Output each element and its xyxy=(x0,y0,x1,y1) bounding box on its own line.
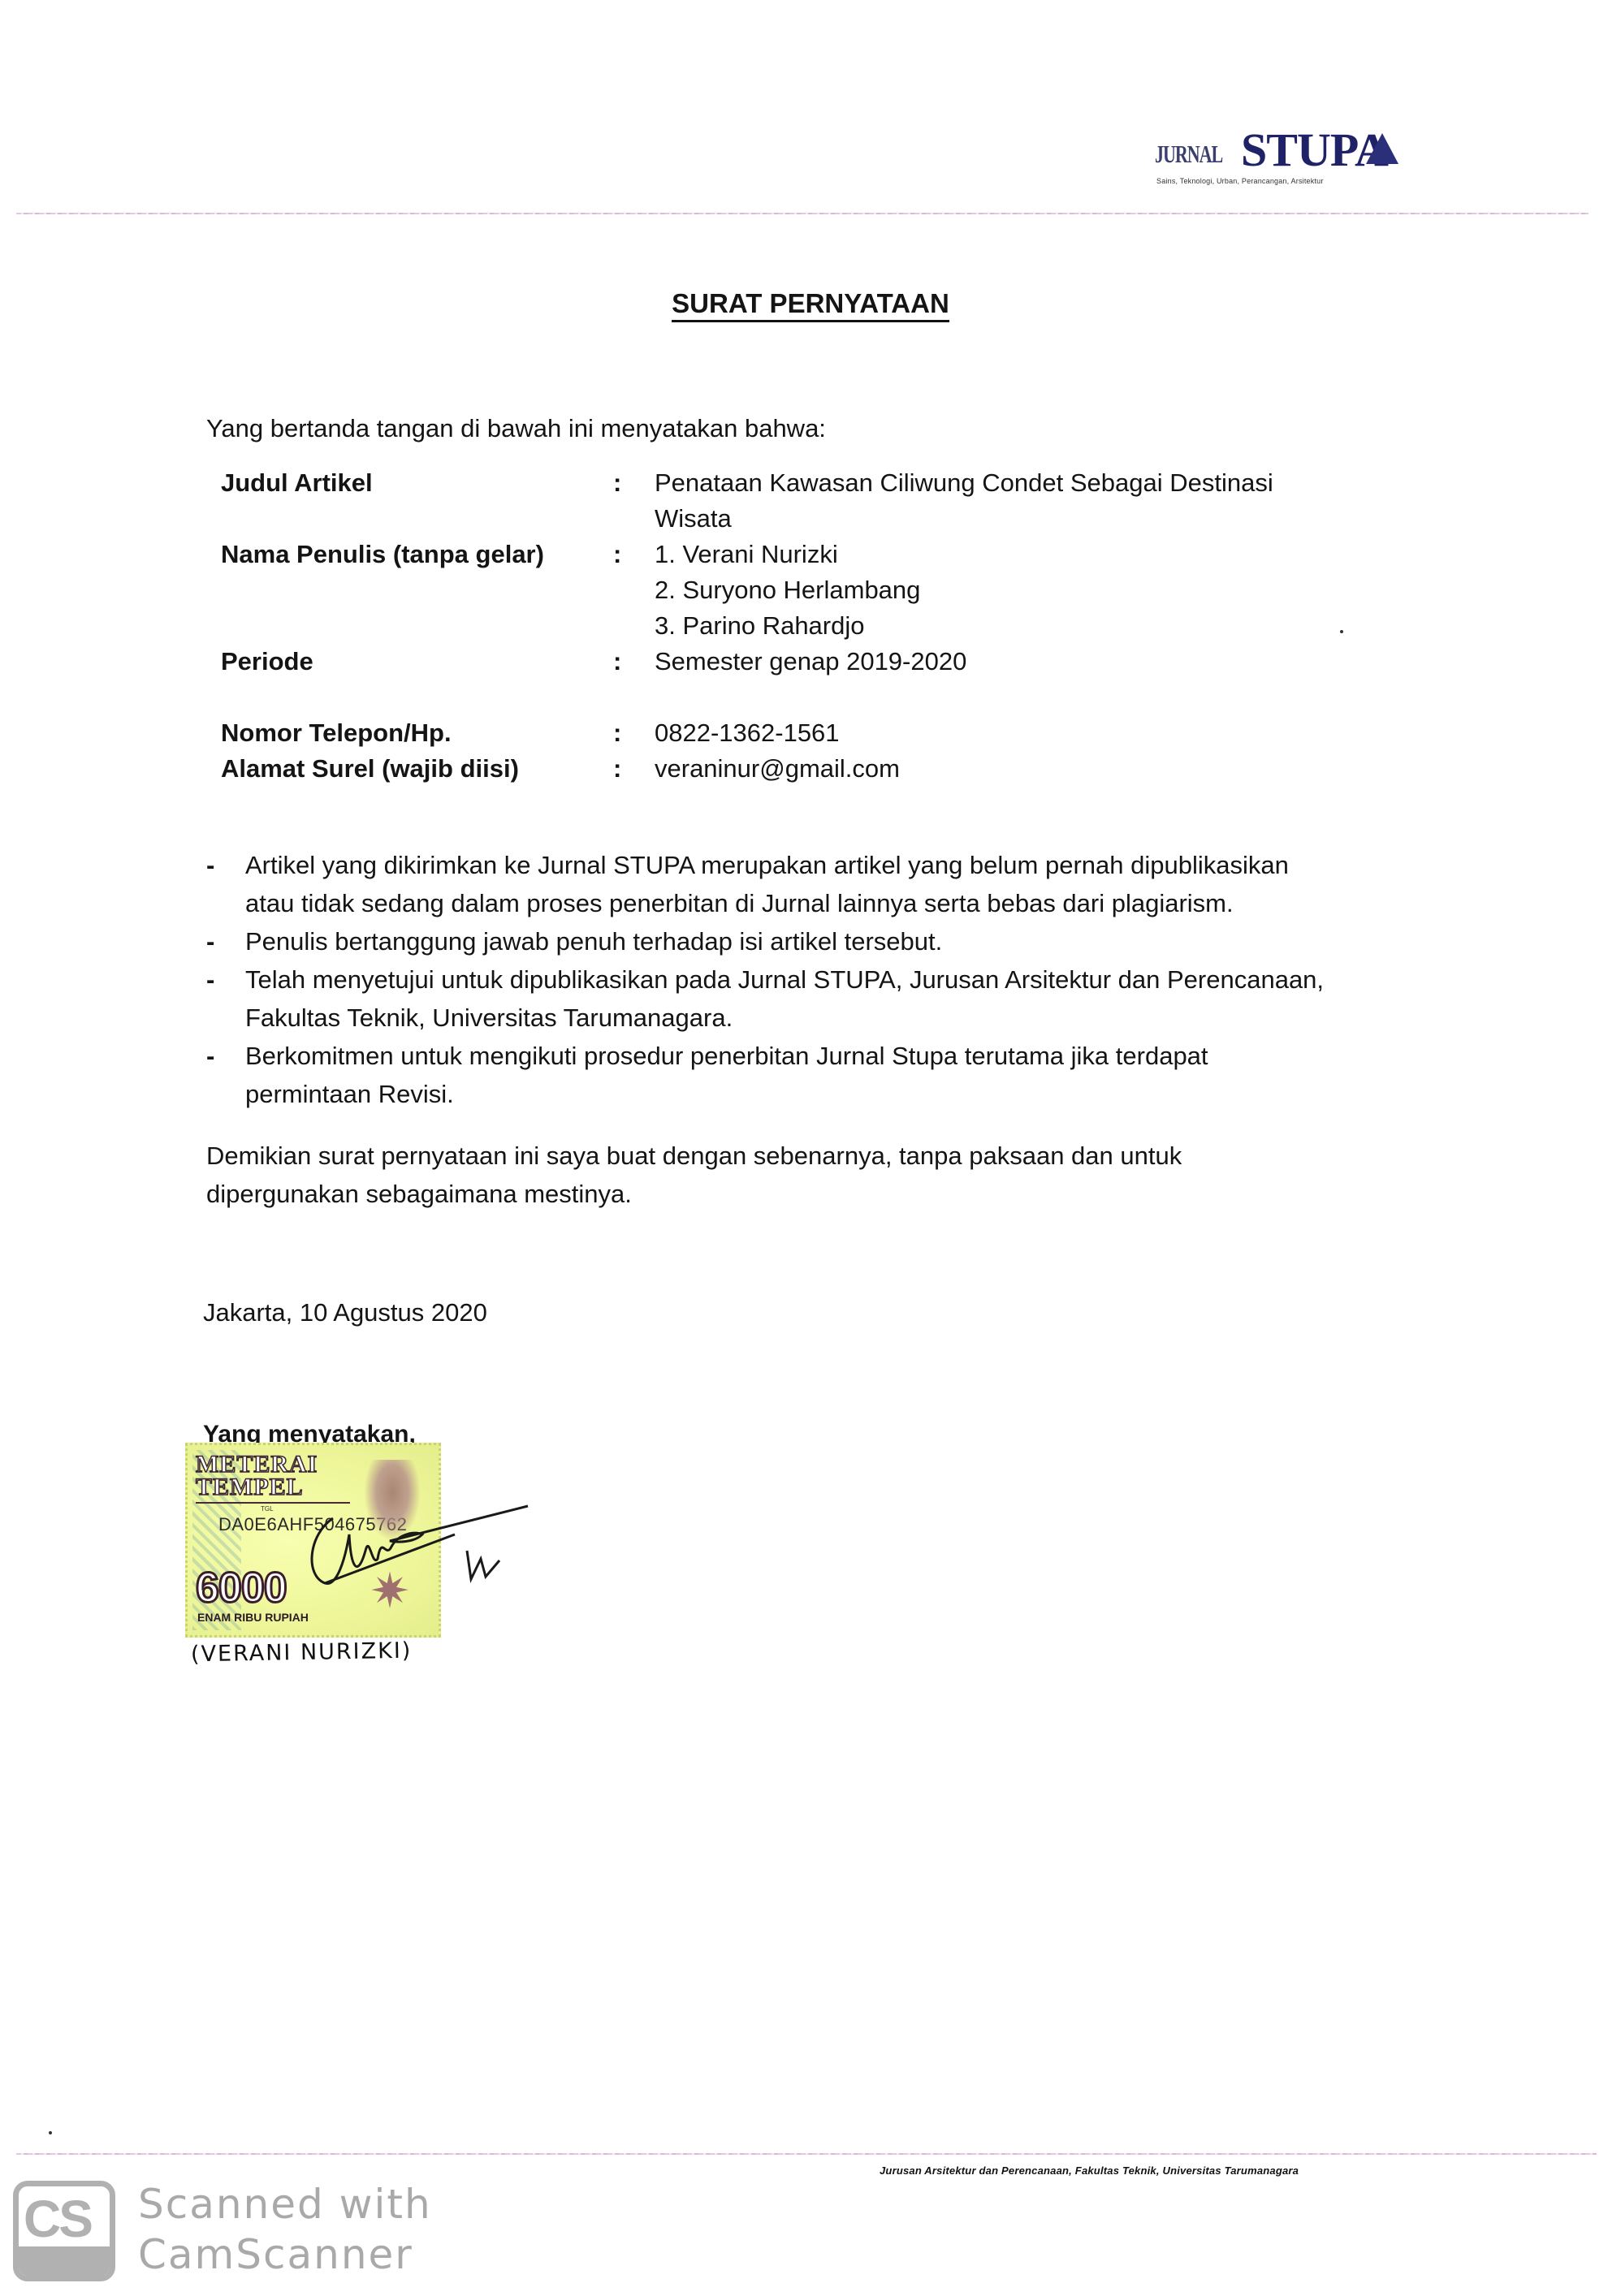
statement-line: Fakultas Teknik, Universitas Tarumanagar… xyxy=(245,1000,1424,1038)
bullet-marker: - xyxy=(206,848,214,883)
camscanner-logo-icon: CS xyxy=(13,2181,115,2281)
stamp-title: METERAI TEMPEL xyxy=(196,1453,318,1499)
field-label: Nama Penulis (tanpa gelar) xyxy=(221,537,544,572)
scan-speck xyxy=(49,2131,52,2134)
statement-item: - Artikel yang dikirimkan ke Jurnal STUP… xyxy=(206,848,1424,924)
field-value: Penataan Kawasan Ciliwung Condet Sebagai… xyxy=(655,465,1273,537)
camscanner-watermark: Scanned with CamScanner xyxy=(138,2179,432,2280)
stupa-icon xyxy=(1366,133,1398,164)
statement-line: Telah menyetujui untuk dipublikasikan pa… xyxy=(245,962,1424,1000)
closing-line: Demikian surat pernyataan ini saya buat … xyxy=(206,1138,1182,1176)
footer-divider xyxy=(16,2153,1597,2155)
place-date: Jakarta, 10 Agustus 2020 xyxy=(203,1295,487,1331)
field-separator: : xyxy=(613,644,621,680)
logo-tagline: Sains, Teknologi, Urban, Perancangan, Ar… xyxy=(1156,177,1324,185)
value-line: Semester genap 2019-2020 xyxy=(655,644,966,680)
intro-text: Yang bertanda tangan di bawah ini menyat… xyxy=(206,411,826,447)
watermark-line: Scanned with xyxy=(138,2179,432,2229)
field-separator: : xyxy=(613,465,621,501)
stamp-date-label: TGL xyxy=(261,1505,274,1513)
closing-paragraph: Demikian surat pernyataan ini saya buat … xyxy=(206,1138,1182,1215)
logo-small-text: JURNAL xyxy=(1155,140,1222,169)
field-separator: : xyxy=(613,537,621,572)
handwritten-signature xyxy=(300,1502,544,1608)
statement-item: - Telah menyetujui untuk dipublikasikan … xyxy=(206,962,1424,1038)
stamp-title-line: TEMPEL xyxy=(196,1476,318,1499)
scan-speck xyxy=(1340,630,1343,633)
footer-institution: Jurusan Arsitektur dan Perencanaan, Faku… xyxy=(880,2164,1299,2177)
closing-line: dipergunakan sebagaimana mestinya. xyxy=(206,1176,1182,1215)
statement-list: - Artikel yang dikirimkan ke Jurnal STUP… xyxy=(206,848,1424,1115)
title-text: SURAT PERNYATAAN xyxy=(672,288,949,322)
statement-item: - Penulis bertanggung jawab penuh terhad… xyxy=(206,924,1424,962)
field-value: veraninur@gmail.com xyxy=(655,751,900,787)
signer-name: (VERANI NURIZKI) xyxy=(191,1638,413,1668)
field-label: Periode xyxy=(221,644,313,680)
statement-line: Berkomitmen untuk mengikuti prosedur pen… xyxy=(245,1038,1424,1077)
watermark-line: CamScanner xyxy=(138,2229,432,2280)
badge-bar xyxy=(19,2246,110,2276)
field-separator: : xyxy=(613,751,621,787)
stamp-value-words: ENAM RIBU RUPIAH xyxy=(197,1611,309,1624)
value-line: veraninur@gmail.com xyxy=(655,751,900,787)
field-label: Nomor Telepon/Hp. xyxy=(221,715,452,751)
author-1: 1. Verani Nurizki xyxy=(655,537,920,572)
field-value: 0822-1362-1561 xyxy=(655,715,840,751)
value-line: 0822-1362-1561 xyxy=(655,715,840,751)
field-separator: : xyxy=(613,715,621,751)
statement-line: permintaan Revisi. xyxy=(245,1077,1424,1115)
author-2: 2. Suryono Herlambang xyxy=(655,572,920,608)
badge-letters: CS xyxy=(24,2190,91,2248)
header-divider xyxy=(16,213,1589,214)
value-line: Penataan Kawasan Ciliwung Condet Sebagai… xyxy=(655,465,1273,501)
field-value: 1. Verani Nurizki 2. Suryono Herlambang … xyxy=(655,537,920,644)
bullet-marker: - xyxy=(206,1038,214,1074)
journal-logo: JURNAL STUPA Sains, Teknologi, Urban, Pe… xyxy=(1153,130,1413,191)
author-3: 3. Parino Rahardjo xyxy=(655,608,920,644)
page-title: SURAT PERNYATAAN xyxy=(0,286,1621,322)
stamp-title-line: METERAI xyxy=(196,1453,318,1476)
value-line: Wisata xyxy=(655,501,1273,537)
statement-line: atau tidak sedang dalam proses penerbita… xyxy=(245,886,1424,924)
stamp-value: 6000 xyxy=(196,1567,287,1609)
bullet-marker: - xyxy=(206,962,214,998)
field-value: Semester genap 2019-2020 xyxy=(655,644,966,680)
bullet-marker: - xyxy=(206,924,214,960)
statement-line: Penulis bertanggung jawab penuh terhadap… xyxy=(245,924,1424,962)
field-label: Alamat Surel (wajib diisi) xyxy=(221,751,519,787)
statement-item: - Berkomitmen untuk mengikuti prosedur p… xyxy=(206,1038,1424,1115)
field-label: Judul Artikel xyxy=(221,465,373,501)
statement-line: Artikel yang dikirimkan ke Jurnal STUPA … xyxy=(245,848,1424,886)
